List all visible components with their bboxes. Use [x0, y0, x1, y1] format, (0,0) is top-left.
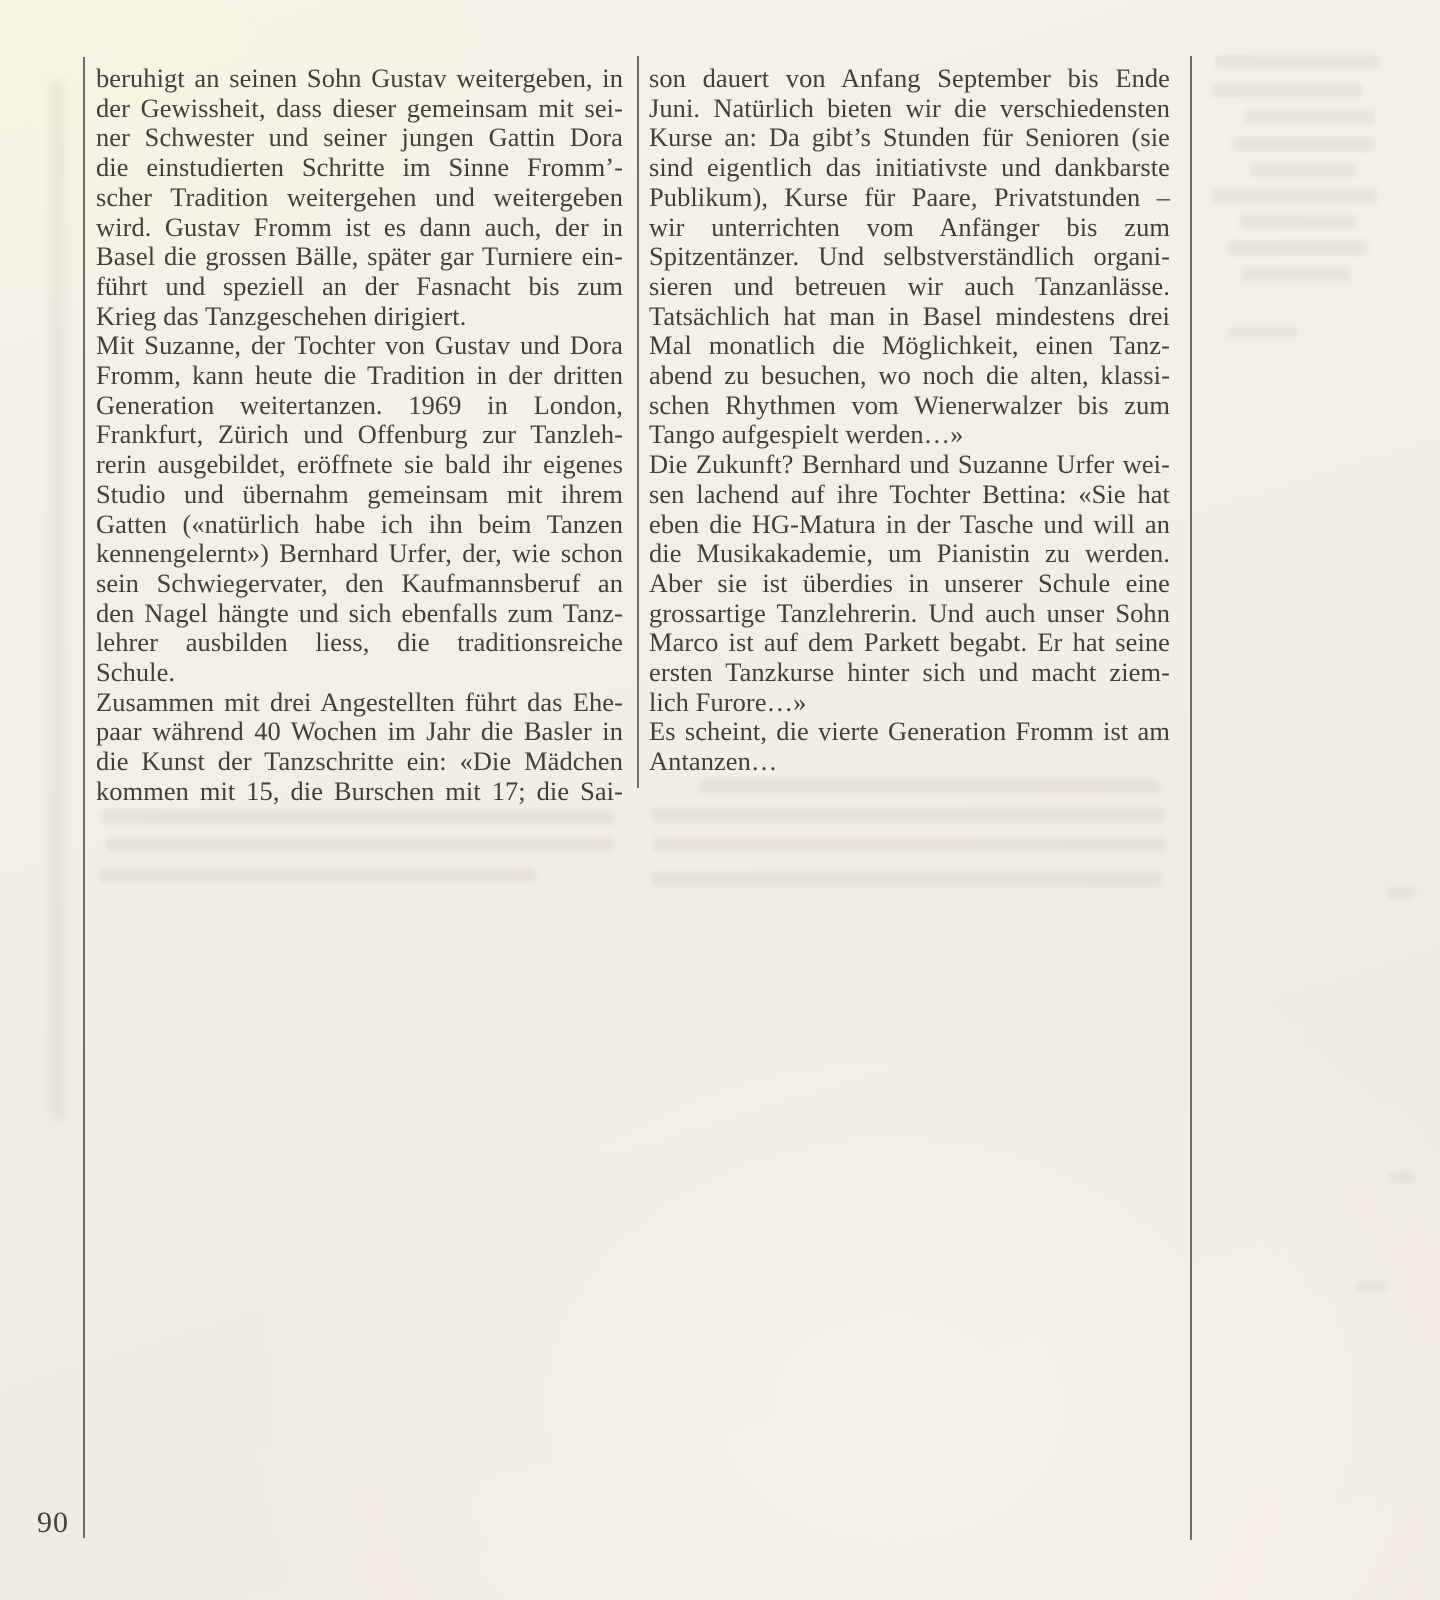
text-line: Frankfurt, Zürich und Offenburg zur Tanz…: [96, 420, 623, 450]
showthrough-smudge: [1212, 83, 1362, 97]
text-line: Studio und übernahm gemeinsam mit ihrem: [96, 480, 623, 510]
showthrough-smudge: [106, 838, 614, 852]
text-line: Publikum), Kurse für Paare, Privatstunde…: [649, 183, 1170, 213]
text-line: Juni. Natürlich bieten wir die verschied…: [649, 94, 1170, 124]
text-line: Zusammen mit drei Angestellten führt das…: [96, 688, 623, 718]
showthrough-smudge: [1215, 55, 1380, 69]
text-line: Generation weitertanzen. 1969 in London,: [96, 391, 623, 421]
showthrough-smudge: [1242, 267, 1350, 281]
text-line: Tango aufgespielt werden…»: [649, 420, 1170, 450]
text-line: wird. Gustav Fromm ist es dann auch, der…: [96, 213, 623, 243]
text-line: grossartige Tanzlehrerin. Und auch unser…: [649, 599, 1170, 629]
showthrough-smudge: [1228, 241, 1368, 255]
text-line: Antanzen…: [649, 747, 1170, 777]
text-line: lich Furore…»: [649, 688, 1170, 718]
text-line: Spitzentänzer. Und selbstverständlich or…: [649, 242, 1170, 272]
text-line: Mal monatlich die Möglichkeit, einen Tan…: [649, 331, 1170, 361]
text-line: kommen mit 15, die Burschen mit 17; die …: [96, 777, 623, 807]
text-line: Krieg das Tanzgeschehen dirigiert.: [96, 302, 623, 332]
text-line: Aber sie ist überdies in unserer Schule …: [649, 569, 1170, 599]
text-line: Fromm, kann heute die Tradition in der d…: [96, 361, 623, 391]
text-line: abend zu besuchen, wo noch die alten, kl…: [649, 361, 1170, 391]
text-line: Basel die grossen Bälle, später gar Turn…: [96, 242, 623, 272]
showthrough-smudge: [1228, 328, 1298, 337]
text-line: sind eigentlich das initiativste und dan…: [649, 153, 1170, 183]
showthrough-smudge: [700, 779, 1160, 793]
text-line: Kurse an: Da gibt’s Stunden für Senioren…: [649, 123, 1170, 153]
text-line: beruhigt an seinen Sohn Gustav weitergeb…: [96, 64, 623, 94]
text-line: sen lachend auf ihre Tochter Bettina: «S…: [649, 480, 1170, 510]
text-line: lehrer ausbilden liess, die traditionsre…: [96, 628, 623, 658]
showthrough-smudge: [1245, 110, 1375, 124]
article-column-left: beruhigt an seinen Sohn Gustav weitergeb…: [96, 64, 623, 807]
showthrough-smudge: [652, 872, 1162, 886]
showthrough-smudge: [102, 810, 614, 824]
showthrough-smudge: [1390, 1172, 1414, 1182]
text-line: führt und speziell an der Fasnacht bis z…: [96, 272, 623, 302]
text-line: kennengelernt») Bernhard Urfer, der, wie…: [96, 539, 623, 569]
showthrough-smudge-vertical: [50, 80, 65, 1120]
page-number: 90: [37, 1506, 69, 1540]
text-line: die Musikakademie, um Pianistin zu werde…: [649, 539, 1170, 569]
text-line: Die Zukunft? Bernhard und Suzanne Urfer …: [649, 450, 1170, 480]
showthrough-smudge: [1212, 189, 1377, 203]
showthrough-smudge: [654, 838, 1166, 852]
showthrough-smudge: [1250, 163, 1356, 177]
article-column-right: son dauert von Anfang September bis Ende…: [649, 64, 1170, 777]
text-line: sieren und betreuen wir auch Tanzanlässe…: [649, 272, 1170, 302]
left-margin-rule: [83, 57, 85, 1538]
text-line: ner Schwester und seiner jungen Gattin D…: [96, 123, 623, 153]
magazine-page: beruhigt an seinen Sohn Gustav weitergeb…: [0, 0, 1440, 1600]
text-line: scher Tradition weitergehen und weiterge…: [96, 183, 623, 213]
text-line: paar während 40 Wochen im Jahr die Basle…: [96, 717, 623, 747]
showthrough-smudge: [1240, 215, 1356, 229]
text-line: der Gewissheit, dass dieser gemeinsam mi…: [96, 94, 623, 124]
text-line: Schule.: [96, 658, 623, 688]
text-line: Marco ist auf dem Parkett begabt. Er hat…: [649, 628, 1170, 658]
text-line: Mit Suzanne, der Tochter von Gustav und …: [96, 331, 623, 361]
text-line: ersten Tanzkurse hinter sich und macht z…: [649, 658, 1170, 688]
showthrough-smudge: [1356, 1282, 1386, 1292]
text-line: Gatten («natürlich habe ich ihn beim Tan…: [96, 510, 623, 540]
text-line: eben die HG-Matura in der Tasche und wil…: [649, 510, 1170, 540]
text-line: wir unterrichten vom Anfänger bis zum: [649, 213, 1170, 243]
showthrough-smudge: [1232, 137, 1374, 151]
text-line: Es scheint, die vierte Generation Fromm …: [649, 717, 1170, 747]
showthrough-smudge: [652, 808, 1164, 822]
text-line: sein Schwiegervater, den Kaufmannsberuf …: [96, 569, 623, 599]
text-line: schen Rhythmen vom Wienerwalzer bis zum: [649, 391, 1170, 421]
right-margin-rule: [1190, 56, 1192, 1540]
text-line: rerin ausgebildet, eröffnete sie bald ih…: [96, 450, 623, 480]
showthrough-smudge: [100, 868, 536, 882]
column-divider-rule: [637, 56, 639, 788]
showthrough-smudge: [1388, 888, 1414, 898]
text-line: die Kunst der Tanzschritte ein: «Die Mäd…: [96, 747, 623, 777]
text-line: den Nagel hängte und sich ebenfalls zum …: [96, 599, 623, 629]
text-line: son dauert von Anfang September bis Ende: [649, 64, 1170, 94]
text-line: die einstudierten Schritte im Sinne From…: [96, 153, 623, 183]
text-line: Tatsächlich hat man in Basel mindestens …: [649, 302, 1170, 332]
